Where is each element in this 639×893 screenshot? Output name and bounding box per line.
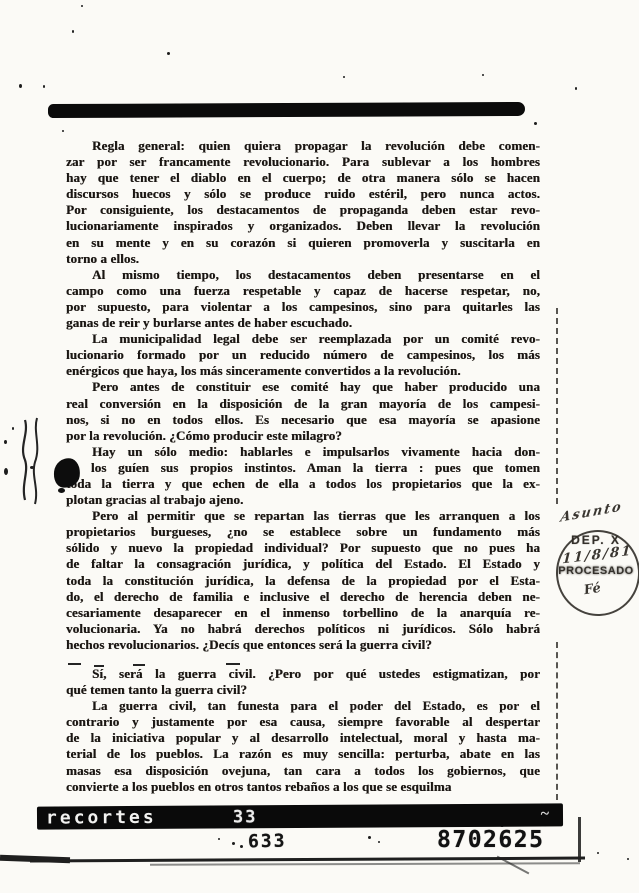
paragraph-7: Sí, será la guerra civil. ¿Pero por qué … xyxy=(66,666,540,698)
separator-bar xyxy=(48,102,525,118)
scan-speck xyxy=(19,84,22,88)
scan-speck xyxy=(627,858,629,860)
paragraph-2: Al mismo tiempo, los destacamentos deben… xyxy=(66,267,540,331)
scan-speck xyxy=(597,852,599,854)
scan-speck xyxy=(167,52,170,55)
fold-dashed-line xyxy=(556,642,558,800)
stamp-handwriting-top: Asunto xyxy=(559,499,623,526)
scan-speck xyxy=(575,87,577,90)
stamped-serial-number: 8702625 xyxy=(437,827,544,853)
paragraph-8: La guerra civil, tan funesta para el pod… xyxy=(66,698,540,795)
scan-speck xyxy=(232,842,235,845)
footer-band-title: recortes xyxy=(46,807,157,829)
margin-scribble xyxy=(13,414,51,508)
scan-speck xyxy=(534,122,537,125)
scan-underline-mark xyxy=(133,664,145,666)
scan-speck xyxy=(43,85,45,88)
stamped-number-small: 633 xyxy=(248,831,287,853)
fold-dashed-line xyxy=(556,308,558,504)
footer-band-mark: ~ xyxy=(541,805,549,823)
paragraph-5: Hay un sólo medio: hablarles e impulsarl… xyxy=(66,444,540,508)
footer-band-page-number: 33 xyxy=(233,807,258,827)
scan-speck xyxy=(218,838,220,840)
stamp-handwriting-bottom: Fé xyxy=(583,581,602,598)
footer-band: recortes 33 ~ xyxy=(37,803,563,829)
scan-speck xyxy=(4,440,7,444)
scan-speck xyxy=(482,74,484,76)
scan-underline-mark xyxy=(226,663,240,665)
paragraph-4: Pero antes de constituir ese comité hay … xyxy=(66,379,540,443)
scan-speck xyxy=(240,845,243,848)
processing-stamp: Asunto DEP. X 11/8/81 PROCESADO Fé xyxy=(550,506,639,618)
paragraph-1: Regla general: quien quiera propagar la … xyxy=(66,138,540,267)
ink-blot-dot xyxy=(58,488,65,493)
paragraph-3: La municipalidad legal debe ser reemplaz… xyxy=(66,331,540,379)
stamp-processed-label: PROCESADO xyxy=(550,565,639,577)
scan-speck xyxy=(4,468,8,475)
scan-speck xyxy=(368,836,371,839)
scanned-page: Regla general: quien quiera propagar la … xyxy=(0,0,639,893)
scan-underline-mark xyxy=(94,665,104,667)
paragraph-6: Pero al permitir que se repartan las tie… xyxy=(66,508,540,653)
scan-speck xyxy=(62,130,64,132)
body-text: Regla general: quien quiera propagar la … xyxy=(66,138,540,795)
scan-speck xyxy=(81,5,83,7)
scan-speck xyxy=(72,30,74,33)
scan-underline-mark xyxy=(68,663,81,665)
scan-vertical-mark xyxy=(578,817,581,862)
scan-speck xyxy=(343,76,345,78)
scan-speck xyxy=(378,841,380,843)
